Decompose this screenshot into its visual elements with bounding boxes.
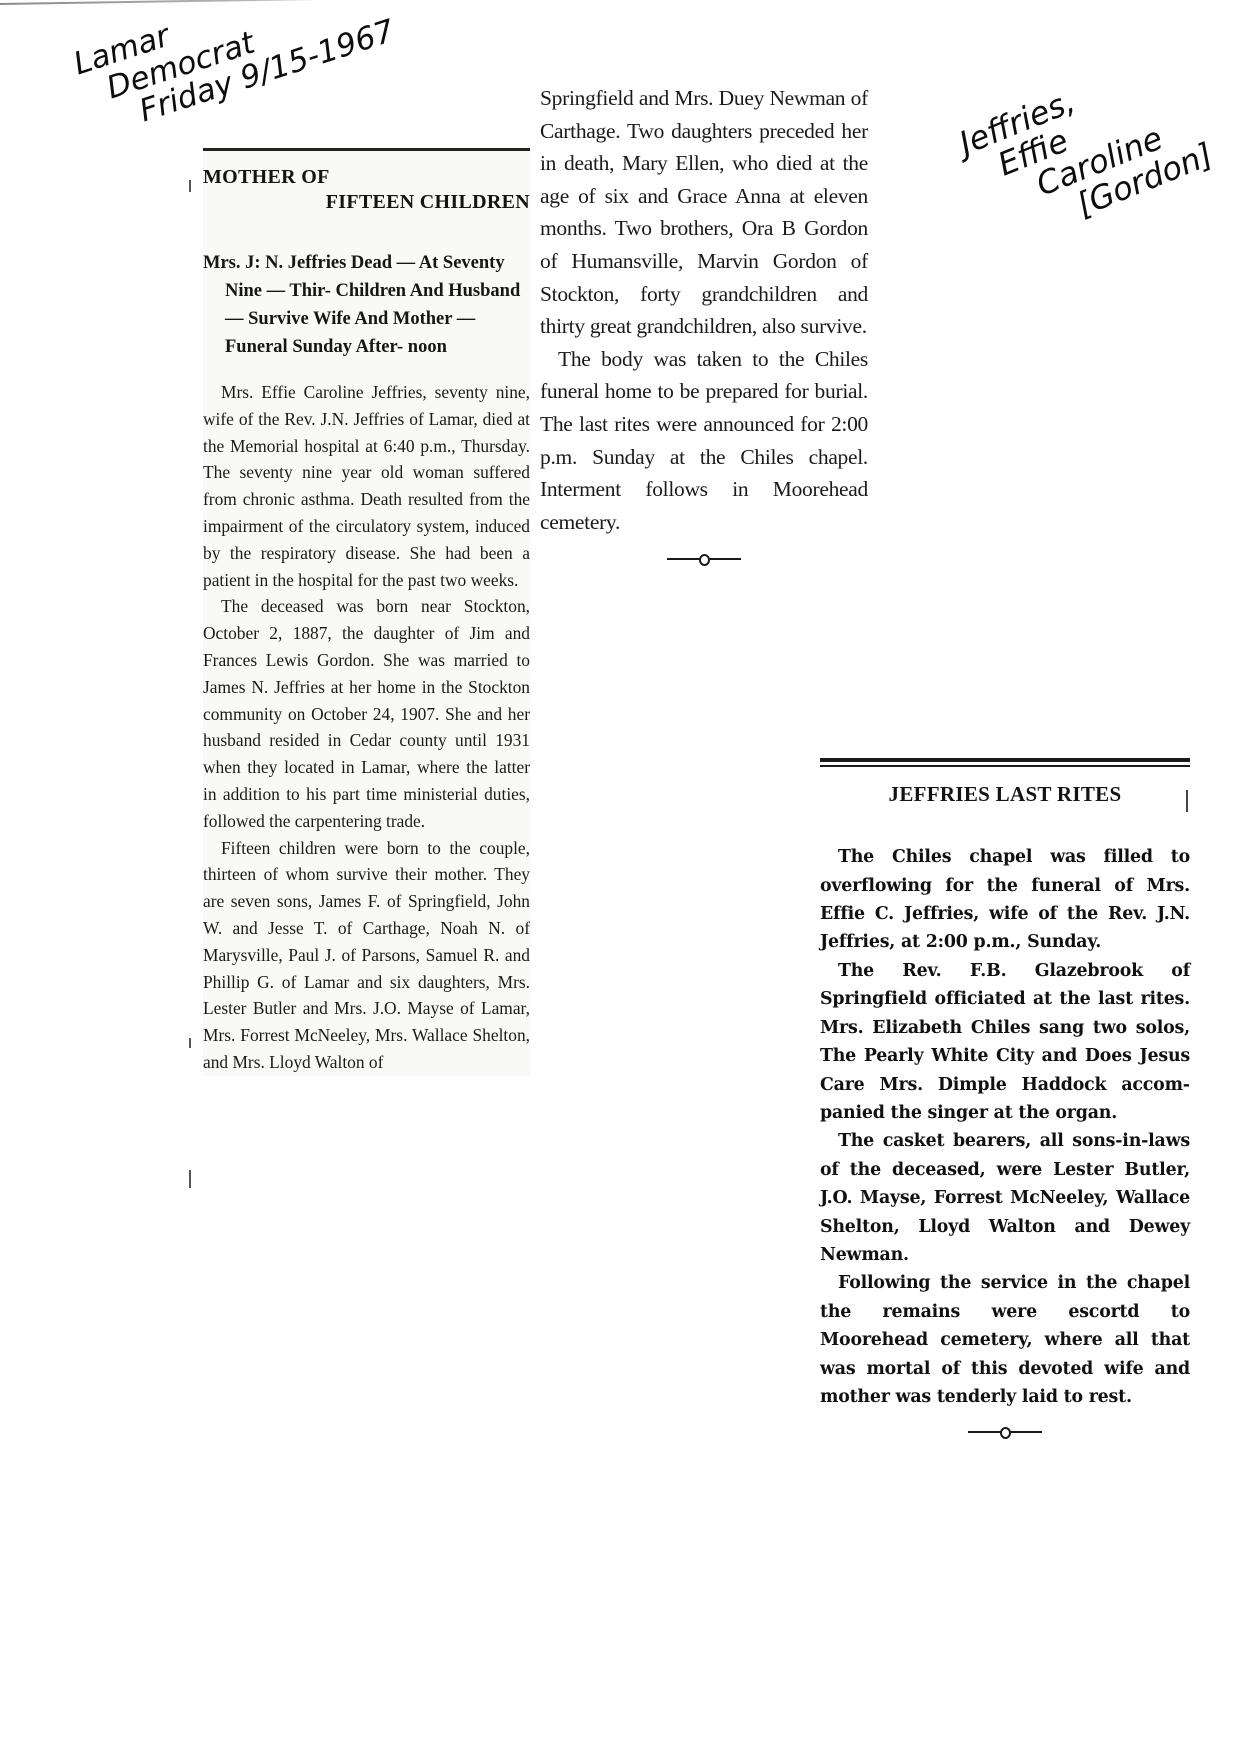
margin-mark: [189, 1038, 191, 1048]
handwritten-name-note: Jeffries, Effie Caroline [Gordon]: [955, 44, 1217, 254]
double-rule: [820, 758, 1190, 767]
top-rule: [203, 148, 530, 151]
paragraph: The Rev. F.B. Glazebrook of Springfield …: [820, 957, 1190, 1127]
paragraph: Springfield and Mrs. Duey New­man of Car…: [540, 82, 868, 343]
margin-mark: [189, 180, 191, 192]
margin-mark: [189, 1170, 191, 1188]
paragraph: The body was taken to the Chiles funeral…: [540, 343, 868, 539]
paragraph: Mrs. Effie Caroline Jeffries, seventy ni…: [203, 379, 530, 593]
column-edge-mark: [1186, 790, 1188, 812]
end-of-article-mark: [540, 548, 868, 562]
headline-line-2: FIFTEEN CHILDREN: [203, 190, 530, 215]
handwritten-source-note: Lamar Democrat Friday 9/15-1967: [70, 0, 399, 143]
article-subheadline: Mrs. J: N. Jeffries Dead — At Seventy Ni…: [203, 249, 530, 361]
paragraph: The deceased was born near Stockton, Oct…: [203, 593, 530, 834]
article-headline: JEFFRIES LAST RITES: [820, 781, 1190, 807]
paragraph: Following the service in the chapel the …: [820, 1269, 1190, 1411]
separator-ornament-icon: [667, 558, 741, 560]
separator-ornament-icon: [968, 1431, 1042, 1433]
obituary-article-column-2: Springfield and Mrs. Duey New­man of Car…: [540, 82, 868, 562]
headline-line-1: MOTHER OF: [203, 165, 530, 190]
paragraph: The Chiles chapel was filled to overflow…: [820, 843, 1190, 957]
last-rites-article: JEFFRIES LAST RITES The Chiles chapel wa…: [820, 758, 1190, 1435]
article-headline: MOTHER OF FIFTEEN CHILDREN: [203, 165, 530, 215]
end-of-article-mark: [820, 1421, 1190, 1435]
obituary-article-column-1: MOTHER OF FIFTEEN CHILDREN Mrs. J: N. Je…: [203, 148, 530, 1076]
paragraph: Fifteen children were born to the couple…: [203, 835, 530, 1076]
paragraph: The casket bearers, all sons-in-laws of …: [820, 1127, 1190, 1269]
